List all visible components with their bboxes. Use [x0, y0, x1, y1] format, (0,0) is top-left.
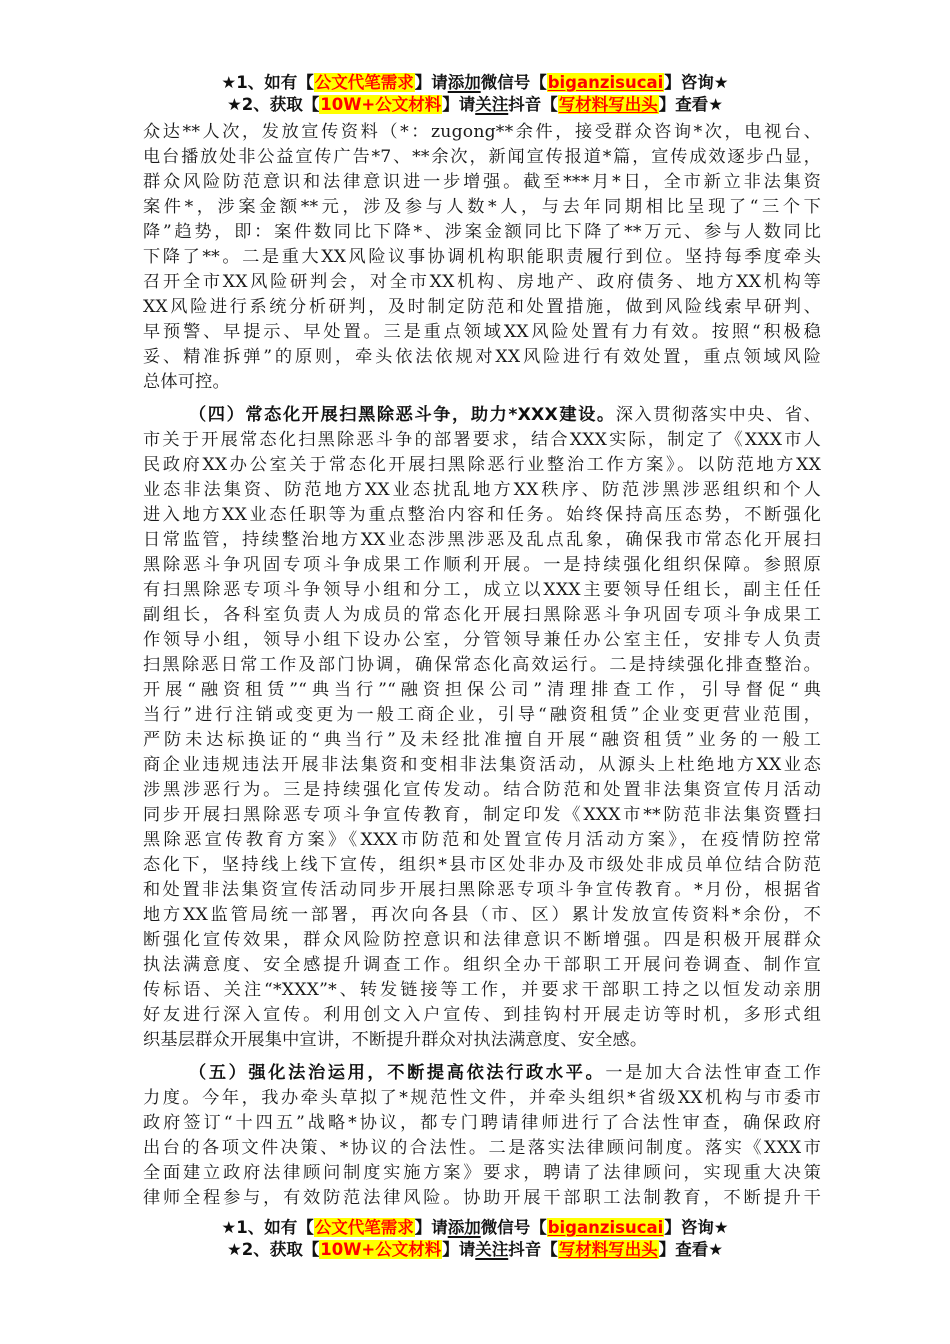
section-heading-4: （四）常态化开展扫黑除恶斗争，助力*XXX建设。 — [189, 405, 616, 425]
highlight-materials: 10W+公文材料 — [319, 95, 442, 114]
text-line: 总体可控。 — [143, 370, 821, 395]
paragraph-spacer — [143, 1053, 821, 1061]
text-line: 好友进行深入宣传。利用创文入户宣传、到挂钩村开展走访等时机，多形式组 — [143, 1003, 821, 1028]
text-line: 执法满意度、安全感提升调查工作。组织全办干部职工开展问卷调查、制作宣 — [143, 953, 821, 978]
text-line: 副组长，各科室负责人为成员的常态化开展扫黑除恶斗争巩固专项斗争成果工 — [143, 603, 821, 628]
text-line: 电台播放处非公益宣传广告*7、**余次，新闻宣传报道*篇，宣传成效逐步凸显， — [143, 145, 821, 170]
douyin-account[interactable]: 写材料写出头 — [558, 95, 659, 114]
paragraph-spacer — [143, 395, 821, 403]
text-line: 降”趋势，即：案件数同比下降*、涉案金额同比下降了**万元、参与人数同比 — [143, 220, 821, 245]
text-line: 出台的各项文件决策、*协议的合法性。二是落实法律顾问制度。落实《XXX市 — [143, 1136, 821, 1161]
promo-text: 】请 — [415, 73, 448, 92]
underlined-add: 添加 — [448, 1218, 481, 1237]
promo-text: 】咨询★ — [664, 73, 728, 92]
text-line: 黑除恶斗争巩固专项斗争成果工作顺利开展。一是持续强化组织保障。参照原 — [143, 553, 821, 578]
heading-line-text: 深入贯彻落实中央、省、 — [616, 405, 821, 425]
text-line: 召开全市XX风险研判会，对全市XX机构、房地产、政府债务、地方XX机构等 — [143, 270, 821, 295]
paragraph-risk-control: 众达**人次，发放宣传资料（*：zugong**余件，接受群众咨询*次，电视台、… — [143, 120, 821, 395]
text-line: 下降了**。二是重大XX风险议事协调机构职能职责履行到位。坚持每季度牵头 — [143, 245, 821, 270]
text-line: 政府签订“十四五”战略*协议，都专门聘请律师进行了合法性审查，确保政府 — [143, 1111, 821, 1136]
promo-text: 微信号【 — [481, 1218, 547, 1237]
text-line: 业态非法集资、防范地方XX业态扰乱地方XX秩序、防范涉黑涉恶组织和个人 — [143, 478, 821, 503]
section-heading-5: （五）强化法治运用，不断提高依法行政水平。 — [189, 1063, 605, 1083]
promo-text: 抖音【 — [508, 1240, 558, 1259]
text-line: 作领导小组，领导小组下设办公室，分管领导兼任办公室主任，安排专人负责 — [143, 628, 821, 653]
promo-text: 微信号【 — [481, 73, 547, 92]
highlight-materials: 10W+公文材料 — [319, 1240, 442, 1259]
underlined-follow: 关注 — [475, 95, 508, 114]
text-line: 扫黑除恶日常工作及部门协调，确保常态化高效运行。二是持续强化排查整治。 — [143, 653, 821, 678]
wechat-id[interactable]: biganzisucai — [547, 1218, 665, 1237]
text-line: 严防未达标换证的“典当行”及未经批准擅自开展“融资租赁”业务的一般工 — [143, 728, 821, 753]
promo-text: 】请 — [442, 95, 475, 114]
text-line-heading: （五）强化法治运用，不断提高依法行政水平。一是加大合法性审查工作 — [143, 1061, 821, 1086]
promo-text: 】咨询★ — [664, 1218, 728, 1237]
promo-line-2: ★2、获取【10W+公文材料】请关注抖音【写材料写出头】查看★ — [0, 1239, 950, 1261]
douyin-account[interactable]: 写材料写出头 — [558, 1240, 659, 1259]
text-line: 早预警、早提示、早处置。三是重点领域XX风险处置有力有效。按照“积极稳 — [143, 320, 821, 345]
text-line: 地方XX监管局统一部署，再次向各县（市、区）累计发放宣传资料*余份，不 — [143, 903, 821, 928]
paragraph-rule-of-law: （五）强化法治运用，不断提高依法行政水平。一是加大合法性审查工作 力度。今年，我… — [143, 1061, 821, 1211]
underlined-follow: 关注 — [475, 1240, 508, 1259]
text-line-heading: （四）常态化开展扫黑除恶斗争，助力*XXX建设。深入贯彻落实中央、省、 — [143, 403, 821, 428]
text-line: XX风险进行系统分析研判，及时制定防范和处置措施，做到风险线索早研判、 — [143, 295, 821, 320]
highlight-service: 公文代笔需求 — [314, 73, 415, 92]
promo-text: 】请 — [442, 1240, 475, 1259]
text-line: 断强化宣传效果，群众风险防控意识和法律意识不断增强。四是积极开展群众 — [143, 928, 821, 953]
text-line: 民政府XX办公室关于常态化开展扫黑除恶行业整治工作方案》。以防范地方XX — [143, 453, 821, 478]
text-line: 态化下，坚持线上线下宣传，组织*县市区处非办及市级处非成员单位结合防范 — [143, 853, 821, 878]
text-line: 众达**人次，发放宣传资料（*：zugong**余件，接受群众咨询*次，电视台、 — [143, 120, 821, 145]
promo-text: ★2、获取【 — [227, 1240, 319, 1259]
text-line: 力度。今年，我办牵头草拟了*规范性文件，并牵头组织*省级XX机构与市委市 — [143, 1086, 821, 1111]
text-line: 进入地方XX业态任职等为重点整治内容和任务。始终保持高压态势，不断强化 — [143, 503, 821, 528]
text-line: 日常监管，持续整治地方XX业态涉黑涉恶及乱点乱象，确保我市常态化开展扫 — [143, 528, 821, 553]
promo-line-1: ★1、如有【公文代笔需求】请添加微信号【biganzisucai】咨询★ — [0, 72, 950, 94]
document-body: 众达**人次，发放宣传资料（*：zugong**余件，接受群众咨询*次，电视台、… — [143, 120, 821, 1211]
text-line: 当行”进行注销或变更为一般工商企业，引导“融资租赁”企业变更营业范围， — [143, 703, 821, 728]
promo-line-1: ★1、如有【公文代笔需求】请添加微信号【biganzisucai】咨询★ — [0, 1217, 950, 1239]
text-line: 律师全程参与，有效防范法律风险。协助开展干部职工法制教育，不断提升干 — [143, 1186, 821, 1211]
text-line: 有扫黑除恶专项斗争领导小组和分工，成立以XXX主要领导任组长，副主任任 — [143, 578, 821, 603]
text-line: 传标语、关注“*XXX”*、转发链接等工作，并要求干部职工持之以恒发动亲朋 — [143, 978, 821, 1003]
highlight-service: 公文代笔需求 — [314, 1218, 415, 1237]
promo-text: 】查看★ — [659, 1240, 723, 1259]
text-line: 市关于开展常态化扫黑除恶斗争的部署要求，结合XXX实际，制定了《XXX市人 — [143, 428, 821, 453]
text-line: 群众风险防范意识和法律意识进一步增强。截至***月*日，全市新立非法集资 — [143, 170, 821, 195]
promo-text: 】查看★ — [659, 95, 723, 114]
text-line: 案件*，涉案金额**元，涉及参与人数*人，与去年同期相比呈现了“三个下 — [143, 195, 821, 220]
text-line: 全面建立政府法律顾问制度实施方案》要求，聘请了法律顾问，实现重大决策 — [143, 1161, 821, 1186]
text-line: 织基层群众开展集中宣讲，不断提升群众对执法满意度、安全感。 — [143, 1028, 821, 1053]
underlined-add: 添加 — [448, 73, 481, 92]
text-line: 商企业违规违法开展非法集资和变相非法集资活动，从源头上杜绝地方XX业态 — [143, 753, 821, 778]
heading-line-text: 一是加大合法性审查工作 — [605, 1063, 821, 1083]
wechat-id[interactable]: biganzisucai — [547, 73, 665, 92]
text-line: 黑除恶宣传教育方案》《XXX市防范和处置宣传月活动方案》，在疫情防控常 — [143, 828, 821, 853]
text-line: 和处置非法集资宣传活动同步开展扫黑除恶专项斗争宣传教育。*月份，根据省 — [143, 878, 821, 903]
promo-text: 抖音【 — [508, 95, 558, 114]
promo-line-2: ★2、获取【10W+公文材料】请关注抖音【写材料写出头】查看★ — [0, 94, 950, 116]
paragraph-anti-crime: （四）常态化开展扫黑除恶斗争，助力*XXX建设。深入贯彻落实中央、省、 市关于开… — [143, 403, 821, 1053]
promo-text: ★1、如有【 — [221, 1218, 313, 1237]
text-line: 同步开展扫黑除恶专项斗争宣传教育，制定印发《XXX市**防范非法集资暨扫 — [143, 803, 821, 828]
promo-banner-bottom: ★1、如有【公文代笔需求】请添加微信号【biganzisucai】咨询★ ★2、… — [0, 1217, 950, 1261]
text-line: 妥、精准拆弹”的原则，牵头依法依规对XX风险进行有效处置，重点领域风险 — [143, 345, 821, 370]
text-line: 开展“融资租赁”“典当行”“融资担保公司”清理排查工作，引导督促“典 — [143, 678, 821, 703]
document-page: ★1、如有【公文代笔需求】请添加微信号【biganzisucai】咨询★ ★2、… — [0, 0, 950, 1344]
promo-text: ★1、如有【 — [221, 73, 313, 92]
text-line: 涉黑涉恶行为。三是持续强化宣传发动。结合防范和处置非法集资宣传月活动 — [143, 778, 821, 803]
promo-text: ★2、获取【 — [227, 95, 319, 114]
promo-text: 】请 — [415, 1218, 448, 1237]
promo-banner-top: ★1、如有【公文代笔需求】请添加微信号【biganzisucai】咨询★ ★2、… — [0, 72, 950, 116]
